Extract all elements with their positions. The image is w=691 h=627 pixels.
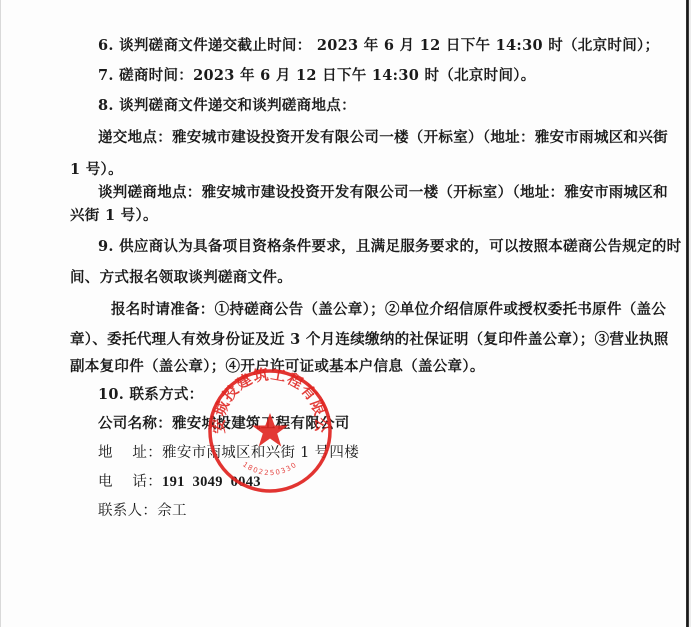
contact-address-row: 地 址：雅安市雨城区和兴街 1 号四楼 — [98, 444, 359, 462]
item-9-line2: 间、方式报名领取谈判磋商文件。 — [70, 269, 292, 287]
contact-phone-value: 191 3049 0043 — [162, 474, 261, 490]
contact-person-row: 联系人：佘工 — [98, 502, 187, 520]
item-8-title: 8. 谈判磋商文件递交和谈判磋商地点： — [98, 97, 356, 115]
item-8-submit-location-line2: 1 号）。 — [70, 161, 123, 179]
prep-requirements-line3: 副本复印件（盖公章）；④开户许可证或基本户信息（盖公章）。 — [70, 358, 485, 376]
item-8-submit-location-line1: 递交地点：雅安城市建设投资开发有限公司一楼（开标室）（地址：雅安市雨城区和兴街 — [98, 129, 668, 147]
contact-person-label: 联系人： — [98, 503, 157, 519]
contact-address-value: 雅安市雨城区和兴街 1 号四楼 — [162, 445, 359, 461]
prep-requirements-line2: 章）、委托代理人有效身份证及近 3 个月连续缴纳的社保证明（复印件盖公章）；③营… — [70, 331, 669, 349]
contact-company-label: 公司名称： — [98, 415, 172, 432]
item-8-negotiate-location-line2: 兴街 1 号）。 — [70, 207, 158, 225]
item-8-negotiate-location-line1: 谈判磋商地点：雅安城市建设投资开发有限公司一楼（开标室）（地址：雅安市雨城区和 — [98, 184, 668, 202]
contact-company-value: 雅安城投建筑工程有限公司 — [172, 415, 350, 432]
item-10-title: 10. 联系方式： — [98, 386, 203, 404]
contact-address-label: 地 址： — [98, 445, 162, 461]
contact-company-row: 公司名称：雅安城投建筑工程有限公司 — [98, 415, 350, 433]
document-page: 6. 谈判磋商文件递交截止时间： 2023 年 6 月 12 日下午 14:30… — [0, 0, 687, 627]
prep-requirements-line1: 报名时请准备：①持磋商公告（盖公章）；②单位介绍信原件或授权委托书原件（盖公 — [111, 301, 666, 319]
contact-phone-row: 电 话：191 3049 0043 — [98, 473, 261, 491]
contact-phone-label: 电 话： — [98, 474, 162, 490]
item-9-line1: 9. 供应商认为具备项目资格条件要求，且满足服务要求的，可以按照本磋商公告规定的… — [98, 238, 681, 256]
item-6-submission-deadline: 6. 谈判磋商文件递交截止时间： 2023 年 6 月 12 日下午 14:30… — [98, 37, 659, 55]
contact-person-value: 佘工 — [157, 503, 187, 519]
item-7-consultation-time: 7. 磋商时间：2023 年 6 月 12 日下午 14:30 时（北京时间）。 — [98, 67, 536, 85]
